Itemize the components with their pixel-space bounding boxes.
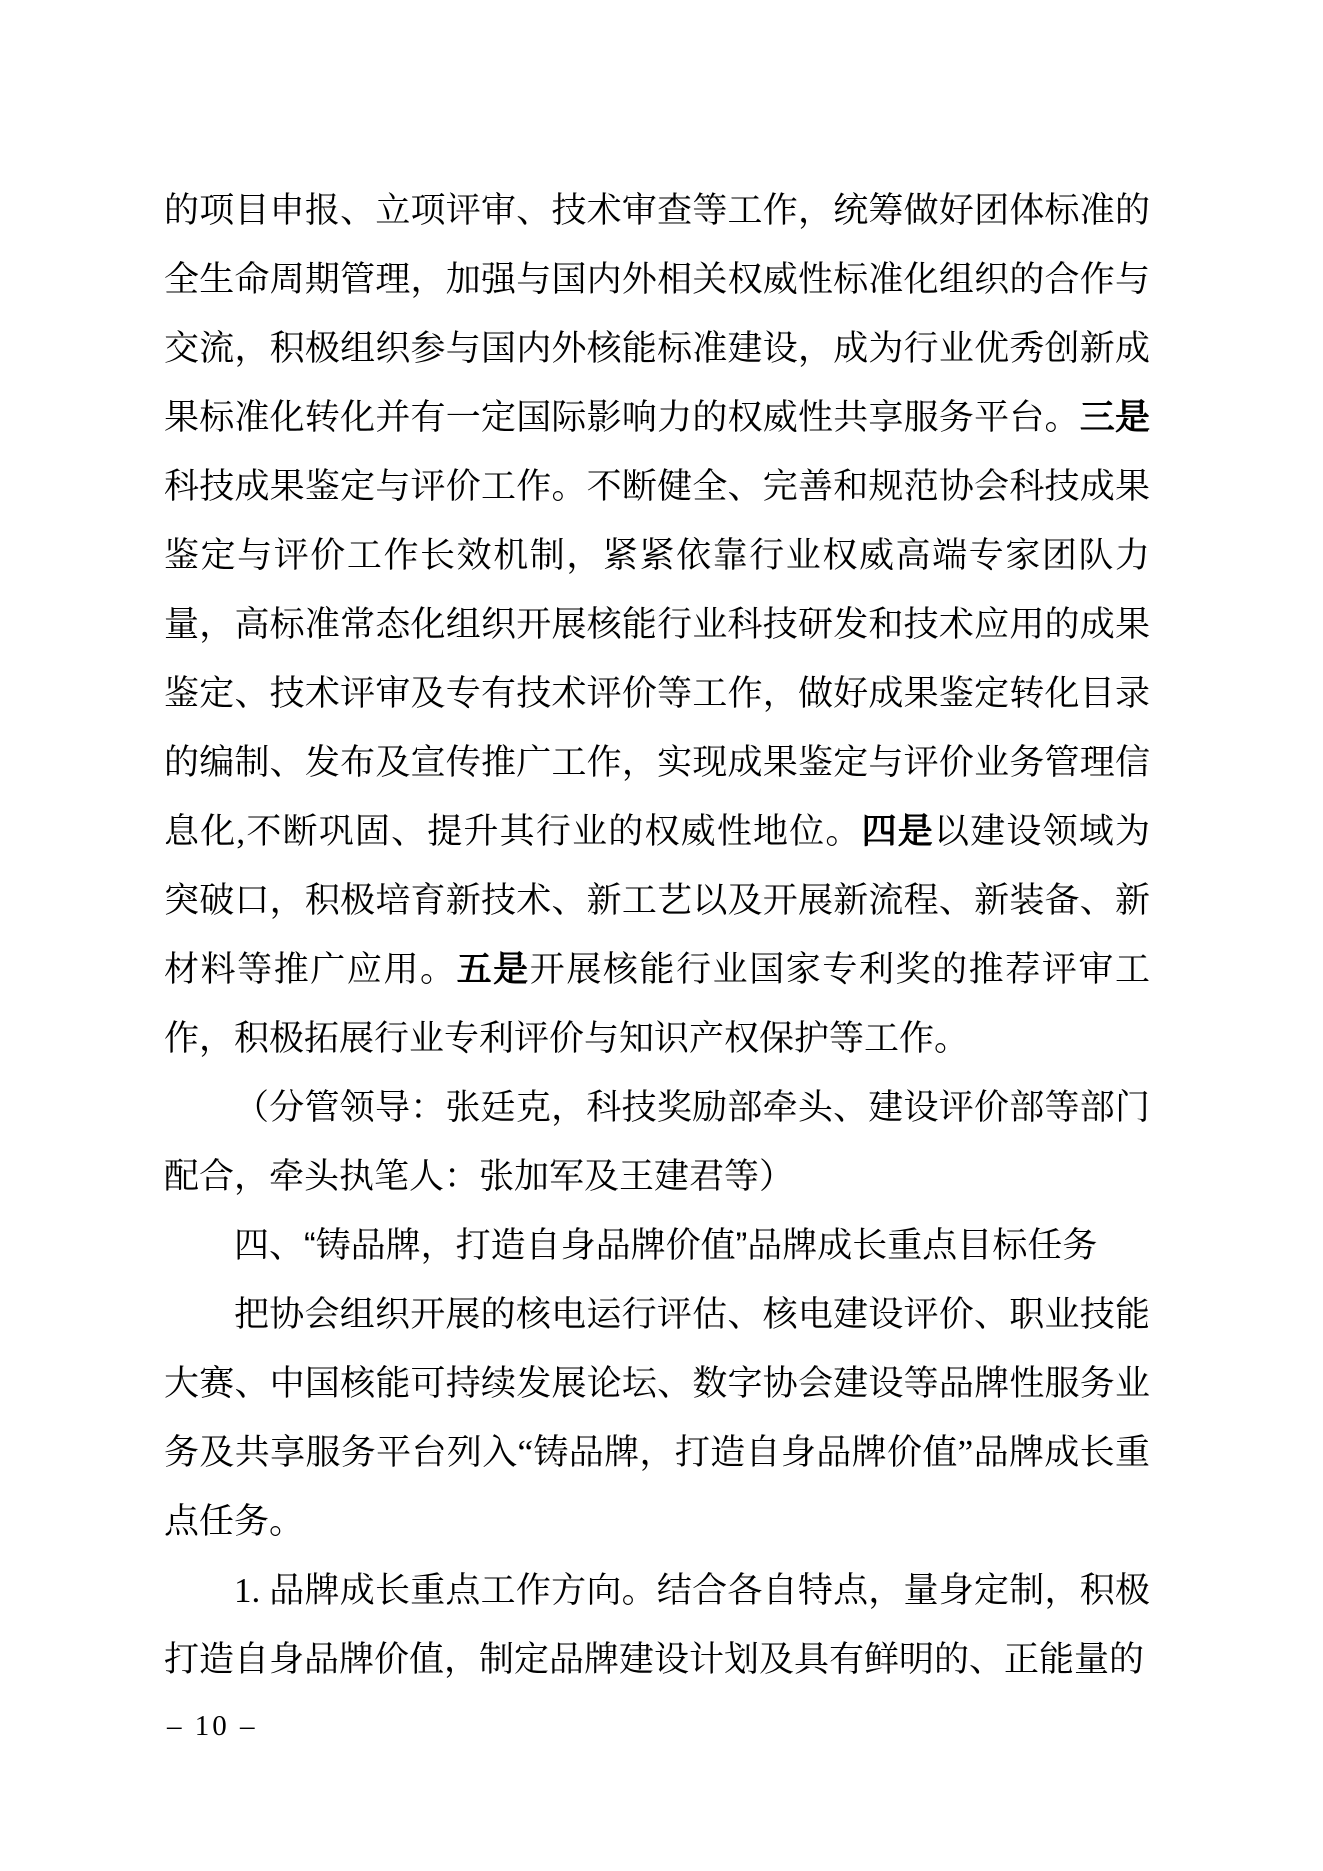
document-body: 的项目申报、立项评审、技术审查等工作，统筹做好团体标准的全生命周期管理，加强与国… — [164, 176, 1150, 1694]
leaders-note-text: （分管领导：张廷克，科技奖励部牵头、建设评价部等部门配合，牵头执笔人：张加军及王… — [164, 1088, 1150, 1196]
body-text-segment: 的项目申报、立项评审、技术审查等工作，统筹做好团体标准的全生命周期管理，加强与国… — [164, 191, 1150, 437]
enum-marker-fifth: 五是 — [457, 950, 530, 989]
paragraph-brand-tasks: 把协会组织开展的核电运行评估、核电建设评价、职业技能大赛、中国核能可持续发展论坛… — [164, 1280, 1150, 1556]
enum-marker-third: 三是 — [1080, 398, 1150, 437]
document-page: 的项目申报、立项评审、技术审查等工作，统筹做好团体标准的全生命周期管理，加强与国… — [0, 0, 1323, 1871]
paragraph-brand-direction: 1. 品牌成长重点工作方向。结合各自特点，量身定制，积极打造自身品牌价值，制定品… — [164, 1556, 1150, 1694]
section-heading-four: 四、“铸品牌，打造自身品牌价值”品牌成长重点目标任务 — [164, 1211, 1150, 1280]
body-text-segment: 科技成果鉴定与评价工作。不断健全、完善和规范协会科技成果鉴定与评价工作长效机制，… — [164, 467, 1150, 851]
paragraph-standards-continuation: 的项目申报、立项评审、技术审查等工作，统筹做好团体标准的全生命周期管理，加强与国… — [164, 176, 1150, 1073]
paragraph-leaders-note: （分管领导：张廷克，科技奖励部牵头、建设评价部等部门配合，牵头执笔人：张加军及王… — [164, 1073, 1150, 1211]
enum-marker-fourth: 四是 — [862, 812, 934, 851]
page-number: – 10 – — [167, 1708, 258, 1744]
brand-direction-text: 1. 品牌成长重点工作方向。结合各自特点，量身定制，积极打造自身品牌价值，制定品… — [164, 1571, 1150, 1679]
section-heading-text: 四、“铸品牌，打造自身品牌价值”品牌成长重点目标任务 — [234, 1226, 1097, 1265]
brand-tasks-text: 把协会组织开展的核电运行评估、核电建设评价、职业技能大赛、中国核能可持续发展论坛… — [164, 1295, 1150, 1541]
